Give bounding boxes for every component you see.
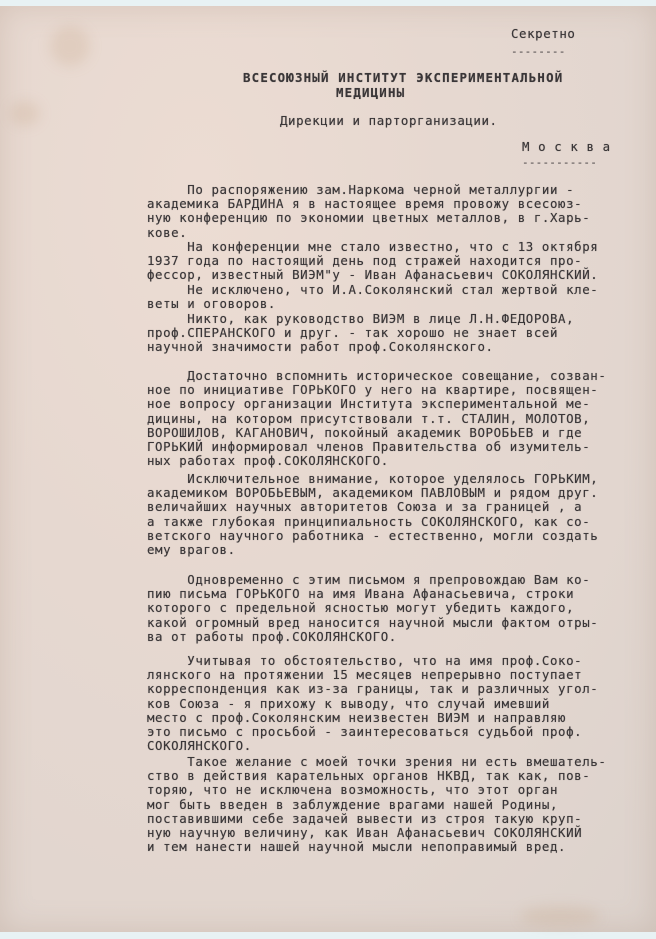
text-line: мог быть введен в заблуждение врагами на… — [147, 798, 606, 812]
text-line: ное по инициативе ГОРЬКОГО у него на ква… — [147, 383, 606, 397]
text-line: а также глубокая принципиальность СОКОЛЯ… — [147, 515, 598, 529]
text-line: ков Союза - я прихожу к выводу, что случ… — [147, 697, 598, 711]
text-line: и тем нанести нашей научной мысли непопр… — [147, 840, 606, 854]
text-line: ему врагов. — [147, 543, 598, 557]
city-underline: ----------- — [522, 156, 597, 169]
letter-paragraph: Учитывая то обстоятельство, что на имя п… — [147, 654, 598, 753]
text-line: ВОРОШИЛОВ, КАГАНОВИЧ, покойный академик … — [147, 426, 606, 440]
paper-stain — [50, 26, 90, 66]
text-line: ных работах проф.СОКОЛЯНСКОГО. — [147, 454, 606, 468]
text-line: место с проф.Соколянским неизвестен ВИЭМ… — [147, 711, 598, 725]
text-line: дицины, на котором присутствовали т.т. С… — [147, 412, 606, 426]
classification-mark: Секретно — [511, 27, 575, 41]
text-line: Такое желание с моей точки зрения ни ест… — [147, 755, 606, 769]
letter-paragraph: На конференции мне стало известно, что с… — [147, 240, 598, 283]
text-line: академика БАРДИНА я в настоящее время пр… — [147, 197, 590, 211]
text-line: торяю, что не исключена возможность, что… — [147, 783, 606, 797]
text-line: Одновременно с этим письмом я препровожд… — [147, 573, 598, 587]
text-line: корреспонденция как из-за границы, так и… — [147, 682, 598, 696]
letter-paragraph: Такое желание с моей точки зрения ни ест… — [147, 755, 606, 854]
text-line: веты и оговоров. — [147, 297, 598, 311]
city: М о с к в а — [522, 140, 611, 154]
letter-paragraph: Исключительное внимание, которое уделяло… — [147, 472, 598, 557]
text-line: ва от работы проф.СОКОЛЯНСКОГО. — [147, 630, 598, 644]
letter-paragraph: Никто, как руководство ВИЭМ в лице Л.Н.Ф… — [147, 312, 574, 355]
text-line: Исключительное внимание, которое уделяло… — [147, 472, 598, 486]
text-line: лянского на протяжении 15 месяцев непрер… — [147, 668, 598, 682]
text-line: На конференции мне стало известно, что с… — [147, 240, 598, 254]
text-line: По распоряжению зам.Наркома черной метал… — [147, 183, 590, 197]
institute-name-line2: МЕДИЦИНЫ — [336, 86, 405, 100]
letter-paragraph: Достаточно вспомнить историческое совеща… — [147, 369, 606, 468]
text-line: какой огромный вред наносится научной мы… — [147, 616, 598, 630]
text-line: Никто, как руководство ВИЭМ в лице Л.Н.Ф… — [147, 312, 574, 326]
text-line: которого с предельной ясностью могут убе… — [147, 601, 598, 615]
text-line: кове. — [147, 226, 590, 240]
text-line: академиком ВОРОБЬЕВЫМ, академиком ПАВЛОВ… — [147, 486, 598, 500]
letter-paragraph: По распоряжению зам.Наркома черной метал… — [147, 183, 590, 240]
text-line: ное вопросу организации Института экспер… — [147, 397, 606, 411]
text-line: ную конференцию по экономии цветных мета… — [147, 211, 590, 225]
institute-name-line1: ВСЕСОЮЗНЫЙ ИНСТИТУТ ЭКСПЕРИМЕНТАЛЬНОЙ — [243, 71, 563, 85]
text-line: фессор, известный ВИЭМ"у - Иван Афанасье… — [147, 268, 598, 282]
text-line: проф.СПЕРАНСКОГО и друг. - так хорошо не… — [147, 326, 574, 340]
paper-stain — [10, 101, 40, 126]
text-line: СОКОЛЯНСКОГО. — [147, 739, 598, 753]
text-line: это письмо с просьбой - заинтересоваться… — [147, 725, 598, 739]
paper-stain — [520, 906, 600, 926]
text-line: Учитывая то обстоятельство, что на имя п… — [147, 654, 598, 668]
text-line: Не исключено, что И.А.Соколянский стал ж… — [147, 283, 598, 297]
text-line: поставившими себе задачей вывести из стр… — [147, 812, 606, 826]
text-line: пию письма ГОРЬКОГО на имя Ивана Афанась… — [147, 587, 598, 601]
text-line: ство в действия карательных органов НКВД… — [147, 769, 606, 783]
text-line: Достаточно вспомнить историческое совеща… — [147, 369, 606, 383]
letter-paragraph: Одновременно с этим письмом я препровожд… — [147, 573, 598, 644]
text-line: ветского научного работника - естественн… — [147, 529, 598, 543]
text-line: научной значимости работ проф.Соколянско… — [147, 340, 574, 354]
text-line: ную научную величину, как Иван Афанасьев… — [147, 826, 606, 840]
classification-underline: -------- — [511, 45, 566, 58]
addressee: Дирекции и парторганизации. — [280, 114, 498, 128]
letter-paragraph: Не исключено, что И.А.Соколянский стал ж… — [147, 283, 598, 311]
text-line: величайших научных авторитетов Союза и з… — [147, 500, 598, 514]
text-line: ГОРЬКИЙ информировал членов Правительств… — [147, 440, 606, 454]
